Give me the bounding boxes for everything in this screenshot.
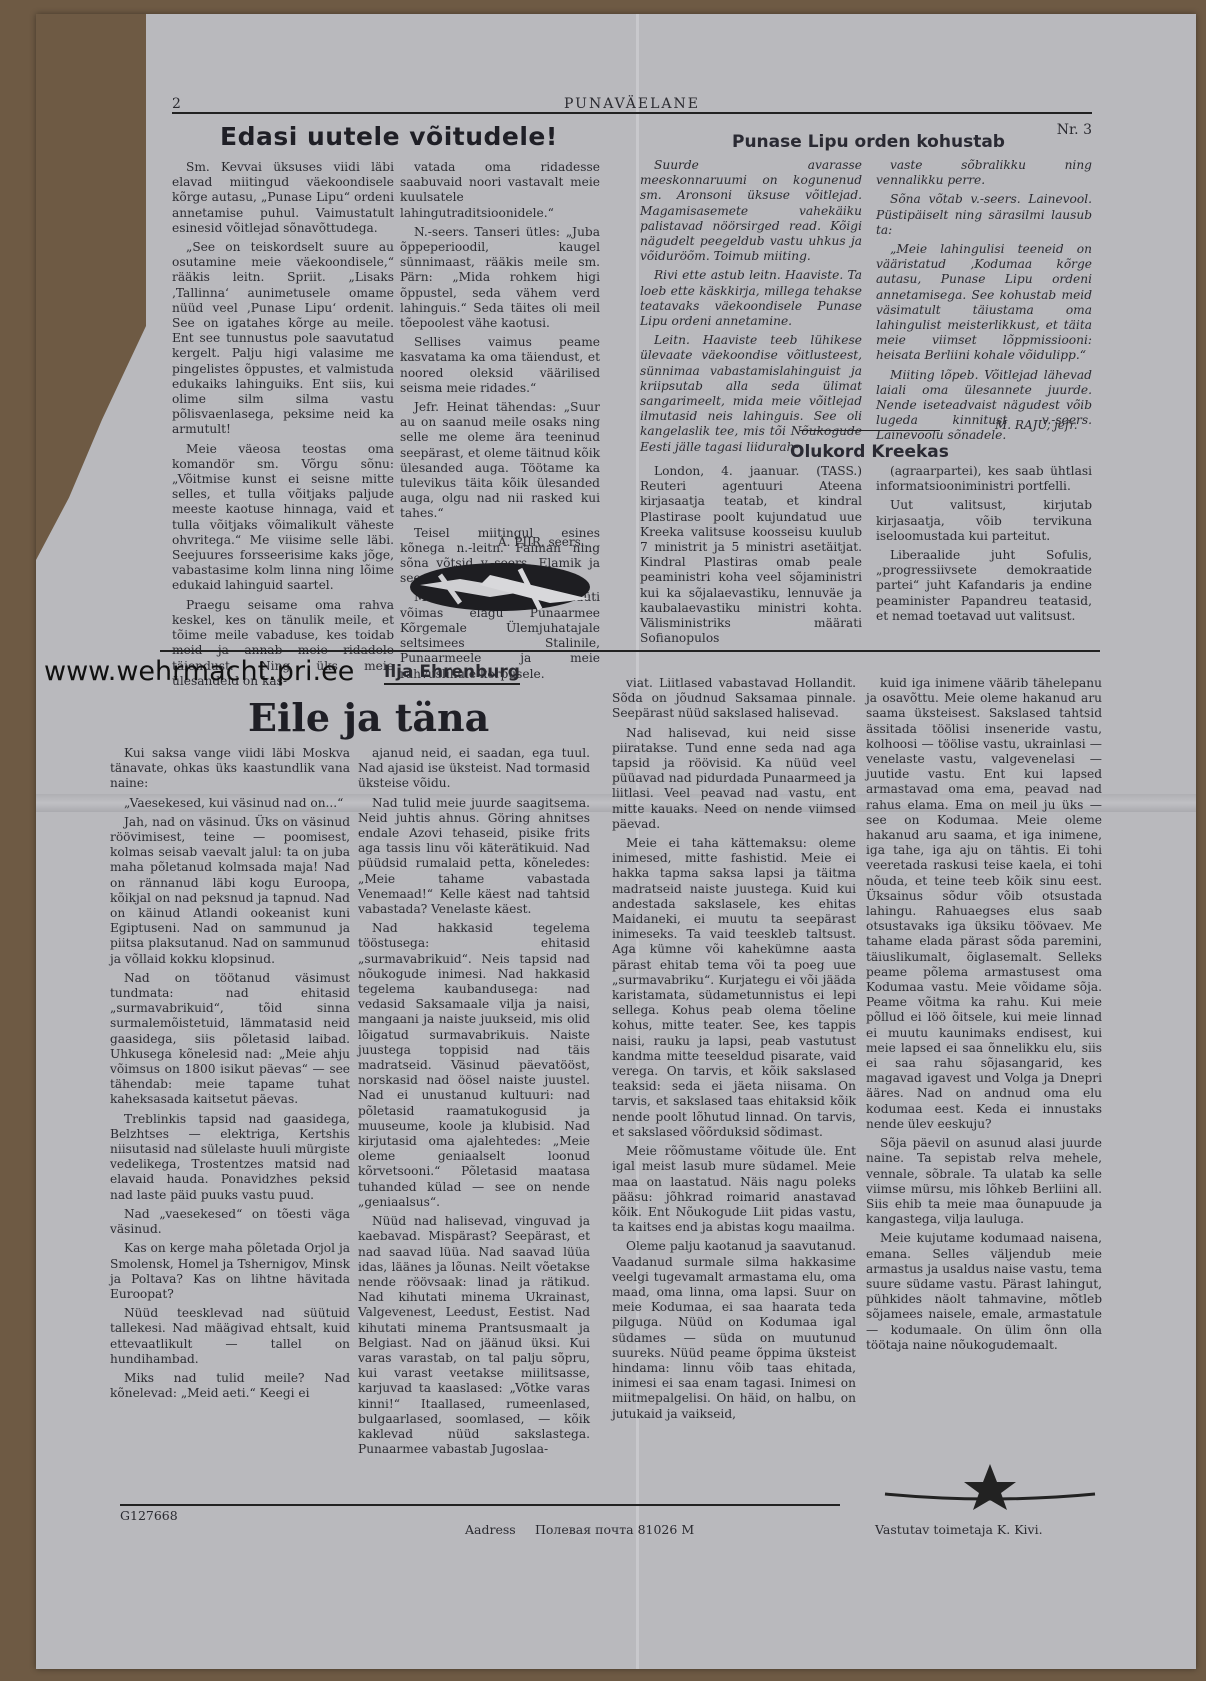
footer-rule bbox=[120, 1504, 840, 1506]
paragraph: Jefr. Heinat tähendas: „Suur au on saanu… bbox=[400, 400, 600, 522]
paragraph: Nad on töötanud väsimust tundmata: nad e… bbox=[110, 971, 350, 1108]
paragraph: vatada oma ridadesse saabuvaid noori vas… bbox=[400, 160, 600, 221]
paragraph: Meie väeosa teostas oma komandör sm. Võr… bbox=[172, 442, 394, 594]
paragraph: „See on teiskordselt suure au osutamine … bbox=[172, 240, 394, 438]
paragraph: Jah, nad on väsinud. Üks on väsinud rööv… bbox=[110, 815, 350, 967]
signature-raju: M. RAJU, jefr. bbox=[995, 418, 1078, 432]
paragraph: Uut valitsust, kirjutab kirjasaatja, või… bbox=[876, 498, 1092, 544]
paragraph: Sõja päevil on asunud alasi juurde naine… bbox=[866, 1136, 1102, 1227]
paragraph: vaste sõbralikku ning vennalikku perre. bbox=[876, 158, 1092, 188]
masthead-rule bbox=[172, 112, 1092, 114]
paragraph: Meie rõõmustame võitude üle. Ent igal me… bbox=[612, 1144, 856, 1235]
paragraph: viat. Liitlased vabastavad Hollandit. Sõ… bbox=[612, 676, 856, 722]
headline-edasi: Edasi uutele võitudele! bbox=[220, 122, 558, 151]
newspaper-name: PUNAVÄELANE bbox=[172, 96, 1092, 112]
paragraph: Nad tulid meie juurde saagitsema. Neid j… bbox=[358, 796, 590, 918]
article4-column1: Kui saksa vange viidi läbi Moskva tänava… bbox=[110, 746, 350, 1405]
article4-column4: kuid iga inimene väärib tähelepanu ja os… bbox=[866, 676, 1102, 1357]
headline-eile-ja-tana: Eile ja täna bbox=[248, 695, 489, 740]
paragraph: Nad hakkasid tegelema tööstusega: ehitas… bbox=[358, 921, 590, 1210]
article2-column1: Suurde avarasse meeskonnaruumi on kogune… bbox=[640, 158, 862, 459]
author-byline: Ilja Ehrenburg bbox=[384, 662, 520, 685]
paragraph: Miiting lõpeb. Võitlejad lähevad laiali … bbox=[876, 368, 1092, 444]
issue-number: Nr. 3 bbox=[1057, 122, 1092, 138]
airplanes-illustration-icon bbox=[400, 555, 600, 615]
paragraph: Meie ei taha kättemaksu: oleme inimesed,… bbox=[612, 836, 856, 1140]
paragraph: kuid iga inimene väärib tähelepanu ja os… bbox=[866, 676, 1102, 1132]
paragraph: Oleme palju kaotanud ja saavutanud. Vaad… bbox=[612, 1239, 856, 1421]
paragraph: Meie kujutame kodumaad naisena, emana. S… bbox=[866, 1231, 1102, 1353]
paragraph: Nüüd nad halisevad, vinguvad ja kaebavad… bbox=[358, 1214, 590, 1457]
paragraph: „Meie lahingulisi teeneid on vääristatud… bbox=[876, 242, 1092, 364]
paragraph: Liberaalide juht Sofulis, „progressiivse… bbox=[876, 548, 1092, 624]
divider bbox=[800, 430, 940, 431]
paragraph: N.-seers. Tanseri ütles: „Juba õppeperio… bbox=[400, 225, 600, 331]
print-code: G127668 bbox=[120, 1508, 178, 1523]
paragraph: Miks nad tulid meile? Nad kõnelevad: „Me… bbox=[110, 1371, 350, 1401]
paragraph: Sõna võtab v.-seers. Lainevool. Püstipäi… bbox=[876, 192, 1092, 238]
paragraph: „Vaesekesed, kui väsinud nad on...“ bbox=[110, 796, 350, 811]
paragraph: London, 4. jaanuar. (TASS.) Reuteri agen… bbox=[640, 464, 862, 646]
field-post-address: Полевая почта 81026 М bbox=[535, 1522, 694, 1537]
signature-piir: A. PIIR, seers. bbox=[498, 535, 585, 549]
paragraph: (agraarpartei), kes saab ühtlasi informa… bbox=[876, 464, 1092, 494]
paragraph: Kui saksa vange viidi läbi Moskva tänava… bbox=[110, 746, 350, 792]
paragraph: ajanud neid, ei saadan, ega tuul. Nad aj… bbox=[358, 746, 590, 792]
article3-column2: (agraarpartei), kes saab ühtlasi informa… bbox=[876, 464, 1092, 628]
paragraph: Nüüd teesklevad nad süütuid tallekesi. N… bbox=[110, 1306, 350, 1367]
paragraph: Nad „vaesekesed“ on tõesti väga väsinud. bbox=[110, 1207, 350, 1237]
paragraph: Rivi ette astub leitn. Haaviste. Ta loeb… bbox=[640, 268, 862, 329]
address-label: Aadress bbox=[465, 1522, 516, 1537]
paragraph: Sm. Kevvai üksuses viidi läbi elavad mii… bbox=[172, 160, 394, 236]
paragraph: Kas on kerge maha põletada Orjol ja Smol… bbox=[110, 1241, 350, 1302]
section-rule bbox=[160, 650, 1100, 652]
headline-olukord-kreekas: Olukord Kreekas bbox=[790, 442, 949, 462]
headline-punase-lipu: Punase Lipu orden kohustab bbox=[732, 132, 1005, 152]
article1-column1: Sm. Kevvai üksuses viidi läbi elavad mii… bbox=[172, 160, 394, 693]
paragraph: Leitn. Haaviste teeb lühikese ülevaate v… bbox=[640, 333, 862, 455]
watermark-url: www.wehrmacht.pri.ee bbox=[44, 656, 354, 687]
article2-column2: vaste sõbralikku ning vennalikku perre.S… bbox=[876, 158, 1092, 448]
paragraph: Suurde avarasse meeskonnaruumi on kogune… bbox=[640, 158, 862, 264]
article3-column1: London, 4. jaanuar. (TASS.) Reuteri agen… bbox=[640, 464, 862, 650]
paragraph: Sellises vaimus peame kasvatama ka oma t… bbox=[400, 335, 600, 396]
article4-column2: ajanud neid, ei saadan, ega tuul. Nad aj… bbox=[358, 746, 590, 1461]
star-wreath-ornament-icon bbox=[875, 1460, 1105, 1510]
paragraph: Nad halisevad, kui neid sisse piiratakse… bbox=[612, 726, 856, 832]
editor-credit: Vastutav toimetaja K. Kivi. bbox=[875, 1522, 1043, 1537]
paragraph: Treblinkis tapsid nad gaasidega, Belzhts… bbox=[110, 1112, 350, 1203]
article4-column3: viat. Liitlased vabastavad Hollandit. Sõ… bbox=[612, 676, 856, 1426]
